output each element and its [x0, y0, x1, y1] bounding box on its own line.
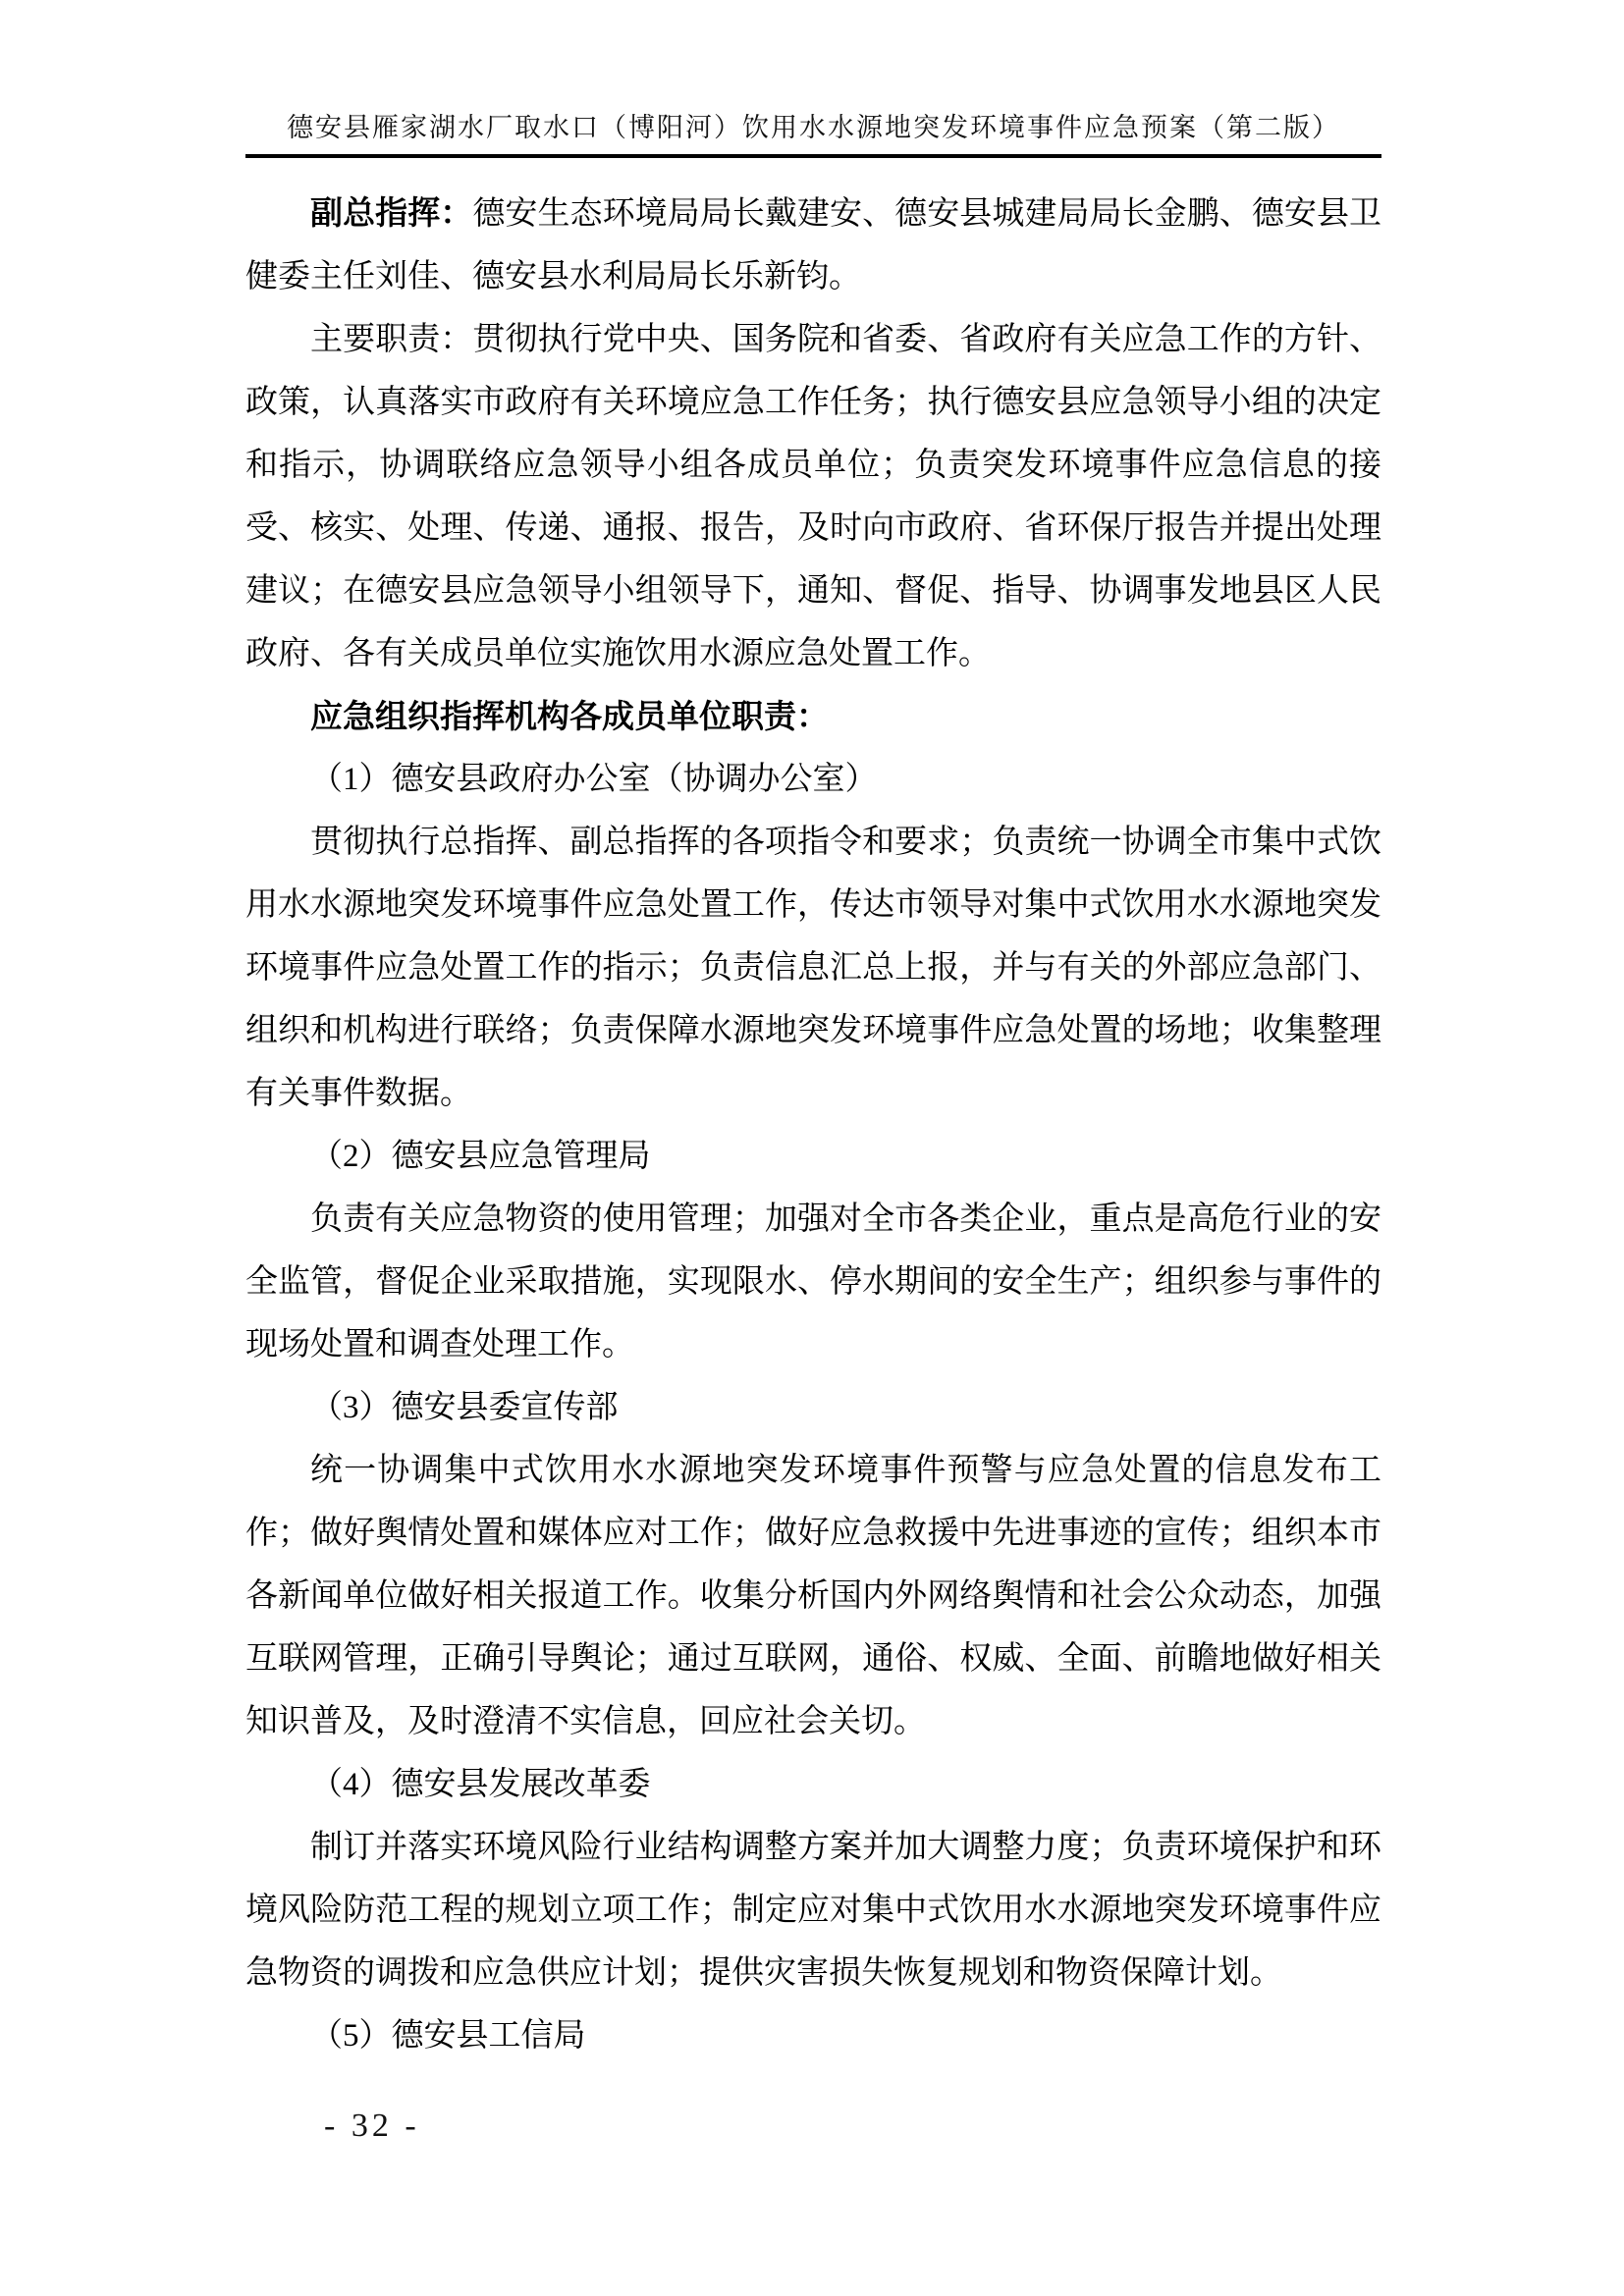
bold-prefix: 副总指挥： [310, 193, 472, 232]
page-number: - 32 - [245, 2103, 1381, 2150]
paragraph: （2）德安县应急管理局 [245, 1125, 1381, 1188]
paragraph: 负责有关应急物资的使用管理；加强对全市各类企业，重点是高危行业的安全监管，督促企… [245, 1188, 1381, 1376]
document-page: 德安县雁家湖水厂取水口（博阳河）饮用水水源地突发环境事件应急预案（第二版） 副总… [0, 0, 1624, 2296]
paragraph: （3）德安县委宣传部 [245, 1376, 1381, 1439]
document-body: 副总指挥：德安生态环境局局长戴建安、德安县城建局局长金鹏、德安县卫健委主任刘佳、… [245, 182, 1381, 2067]
paragraph: 副总指挥：德安生态环境局局长戴建安、德安县城建局局长金鹏、德安县卫健委主任刘佳、… [245, 182, 1381, 308]
paragraph: （5）德安县工信局 [245, 2004, 1381, 2067]
paragraph: （1）德安县政府办公室（协调办公室） [245, 748, 1381, 811]
paragraph: 主要职责：贯彻执行党中央、国务院和省委、省政府有关应急工作的方针、政策，认真落实… [245, 308, 1381, 685]
paragraph: 统一协调集中式饮用水水源地突发环境事件预警与应急处置的信息发布工作；做好舆情处置… [245, 1439, 1381, 1753]
page-header-title: 德安县雁家湖水厂取水口（博阳河）饮用水水源地突发环境事件应急预案（第二版） [245, 0, 1381, 145]
header-rule-divider [245, 154, 1381, 158]
page-content: 德安县雁家湖水厂取水口（博阳河）饮用水水源地突发环境事件应急预案（第二版） 副总… [245, 0, 1381, 2150]
paragraph: （4）德安县发展改革委 [245, 1753, 1381, 1816]
paragraph: 贯彻执行总指挥、副总指挥的各项指令和要求；负责统一协调全市集中式饮用水水源地突发… [245, 811, 1381, 1125]
paragraph: 制订并落实环境风险行业结构调整方案并加大调整力度；负责环境保护和环境风险防范工程… [245, 1816, 1381, 2004]
paragraph: 应急组织指挥机构各成员单位职责： [245, 685, 1381, 748]
